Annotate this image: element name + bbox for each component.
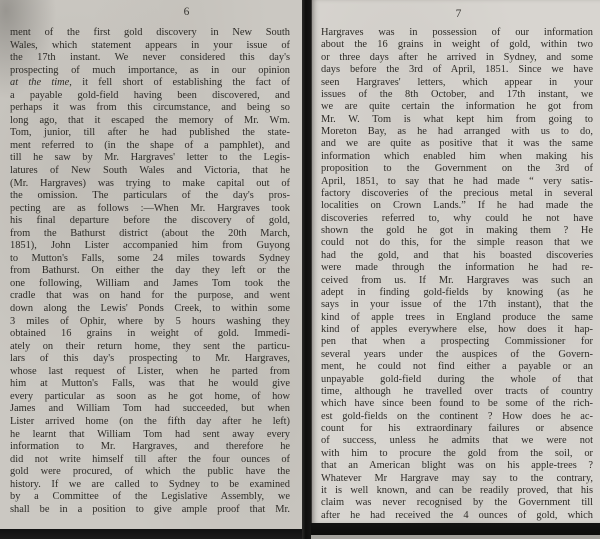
text-line: that an American blight was on his apple… <box>321 460 593 472</box>
text-line: one following, William and James Tom too… <box>10 278 290 291</box>
text-line: Tom, junior, till after he had published… <box>10 127 290 140</box>
text-line: April, 1851, to say that he had made “ v… <box>321 176 593 188</box>
text-line: by a Committee of the Legislative Assemb… <box>10 491 290 504</box>
text-line: and we are quite as positive that it was… <box>321 138 593 150</box>
text-line: prospecting of much importance, as in ou… <box>10 65 290 78</box>
text-line: kind of apples everywhere else, how does… <box>321 324 593 336</box>
italic-text-segment: at the time <box>10 77 69 88</box>
text-line: Lister arrived home (on the fifth day af… <box>10 416 290 429</box>
text-line: obtained 16 grains in weight of gold. Im… <box>10 328 290 341</box>
text-line: did not write himself till after the fou… <box>10 454 290 467</box>
text-line: down along the Lewis' Ponds Creek, to wi… <box>10 303 290 316</box>
text-line: 1851), John Lister accompanied him from … <box>10 240 290 253</box>
text-line: ment of the first gold discovery in New … <box>10 27 290 40</box>
text-line: from Bathurst. On either the day they le… <box>10 265 290 278</box>
right-page-below-edge <box>311 535 600 539</box>
text-line: his final departure before the discovery… <box>10 215 290 228</box>
text-line: days before the 3rd of April, 1851. Sinc… <box>321 64 593 76</box>
text-line: ately on their return home, they sent th… <box>10 341 290 354</box>
text-line: which have since been found to be some o… <box>321 398 593 410</box>
text-line: lars of this day's prospecting to Mr. Ha… <box>10 353 290 366</box>
text-line: shown the gold he got in making them ? H… <box>321 225 593 237</box>
text-line: Wales, which statement appears in your i… <box>10 40 290 53</box>
text-line: latures of New South Wales and Victoria,… <box>10 165 290 178</box>
text-line: kind of apple trees in England produce t… <box>321 312 593 324</box>
text-line: he learnt that William Tom had sent away… <box>10 429 290 442</box>
text-line: (Mr. Hargraves) was trying to make capit… <box>10 178 290 191</box>
text-line: ment referred to (in the shape of a pamp… <box>10 140 290 153</box>
text-line: could not do this, for the simple reason… <box>321 237 593 249</box>
left-page-number: 6 <box>175 6 199 18</box>
text-line: at the time, it fell short of establishi… <box>10 77 290 90</box>
text-line: James and William Tom had succeeded, but… <box>10 403 290 416</box>
scanned-book-spread: 6 7 ment of the first gold discovery in … <box>0 0 600 539</box>
text-line: from the Bathurst district (about the 20… <box>10 228 290 241</box>
text-line: gold were procured, of which the public … <box>10 466 290 479</box>
text-line: pen that when a prospecting Commissioner… <box>321 336 593 348</box>
text-line: Hargraves was in possession of our infor… <box>321 27 593 39</box>
right-page-number: 7 <box>447 8 471 20</box>
text-line: information to Mr. Hargraves, and theref… <box>10 441 290 454</box>
text-line: a payable gold-field having been discove… <box>10 90 290 103</box>
text-line: cradle that was on hand for the purpose,… <box>10 290 290 303</box>
text-line: perhaps it was from this circumstance, a… <box>10 102 290 115</box>
text-line: ceived from us. If Mr. Hargraves was suc… <box>321 275 593 287</box>
right-page-text: Hargraves was in possession of our infor… <box>321 27 593 522</box>
text-line: it is well known, and can be readily pro… <box>321 485 593 497</box>
text-line: every particular as soon as he got home,… <box>10 391 290 404</box>
right-page-bottom-edge <box>311 523 600 535</box>
text-line: Mr. W. Tom is what kept him from going t… <box>321 114 593 126</box>
text-line: whose last request of Lister, when he pa… <box>10 366 290 379</box>
text-line: long ago, that it escaped the memory of … <box>10 115 290 128</box>
text-line: the omission. The particulars of the day… <box>10 190 290 203</box>
text-line: factory discoveries of the precious meta… <box>321 188 593 200</box>
text-line: est gold-fields on the continent ? How d… <box>321 411 593 423</box>
text-line: Whatever Mr Hargrave may say to the cont… <box>321 473 593 485</box>
text-line: information which enabled him when makin… <box>321 151 593 163</box>
text-line: about the 16 grains in weight of gold, w… <box>321 39 593 51</box>
text-line: time, although he travelled over tracts … <box>321 386 593 398</box>
text-line: after he had received the 4 ounces of go… <box>321 510 593 522</box>
text-line: till he saw by Mr. Hargraves' letter to … <box>10 152 290 165</box>
text-line: 3 miles of Ophir, where by 5 hours washi… <box>10 316 290 329</box>
text-segment: , it fell short of establishing the fact… <box>69 77 290 88</box>
left-page-bottom-edge <box>0 529 302 539</box>
text-line: proposition to the Government on the 3rd… <box>321 163 593 175</box>
text-line: adept in finding gold-fields by knowing … <box>321 287 593 299</box>
text-line: him at Mutton's Falls, was that he would… <box>10 378 290 391</box>
text-line: ment, he could not find either a payable… <box>321 361 593 373</box>
text-line: were made through the information he had… <box>321 262 593 274</box>
text-line: of success, unless he admits that we wer… <box>321 435 593 447</box>
text-line: discoveries referred to, why could he no… <box>321 213 593 225</box>
text-line: pecting are as follows :—When Mr. Hargra… <box>10 203 290 216</box>
text-line: localities on Crown Lands.” If he had ma… <box>321 200 593 212</box>
text-line: or three days after he arrived in Sydney… <box>321 52 593 64</box>
text-line: history. If we are called to Sydney to b… <box>10 479 290 492</box>
text-line: count for his extraordinary failures or … <box>321 423 593 435</box>
left-page-text: ment of the first gold discovery in New … <box>10 27 290 516</box>
page-gutter <box>302 0 311 539</box>
text-line: claim was never recognised by the Govern… <box>321 497 593 509</box>
text-line: we are quite certain the information he … <box>321 101 593 113</box>
text-line: several years under the auspices of the … <box>321 349 593 361</box>
text-line: Moreton Bay, as he had arranged with us … <box>321 126 593 138</box>
text-line: unpayable gold-field during the whole of… <box>321 374 593 386</box>
text-line: to Mutton's Falls, some 24 miles towards… <box>10 253 290 266</box>
text-line: with him to procure the gold from the so… <box>321 448 593 460</box>
text-line: the 17th instant. We never considered th… <box>10 52 290 65</box>
text-line: had the gold, and that his boasted disco… <box>321 250 593 262</box>
text-line: shall be in a position to give ample pro… <box>10 504 290 517</box>
text-line: seen Hargraves' letters, which appear in… <box>321 77 593 89</box>
text-line: issues of the 8th October, and 17th inst… <box>321 89 593 101</box>
text-line: says in your issue of the 17th instant),… <box>321 299 593 311</box>
